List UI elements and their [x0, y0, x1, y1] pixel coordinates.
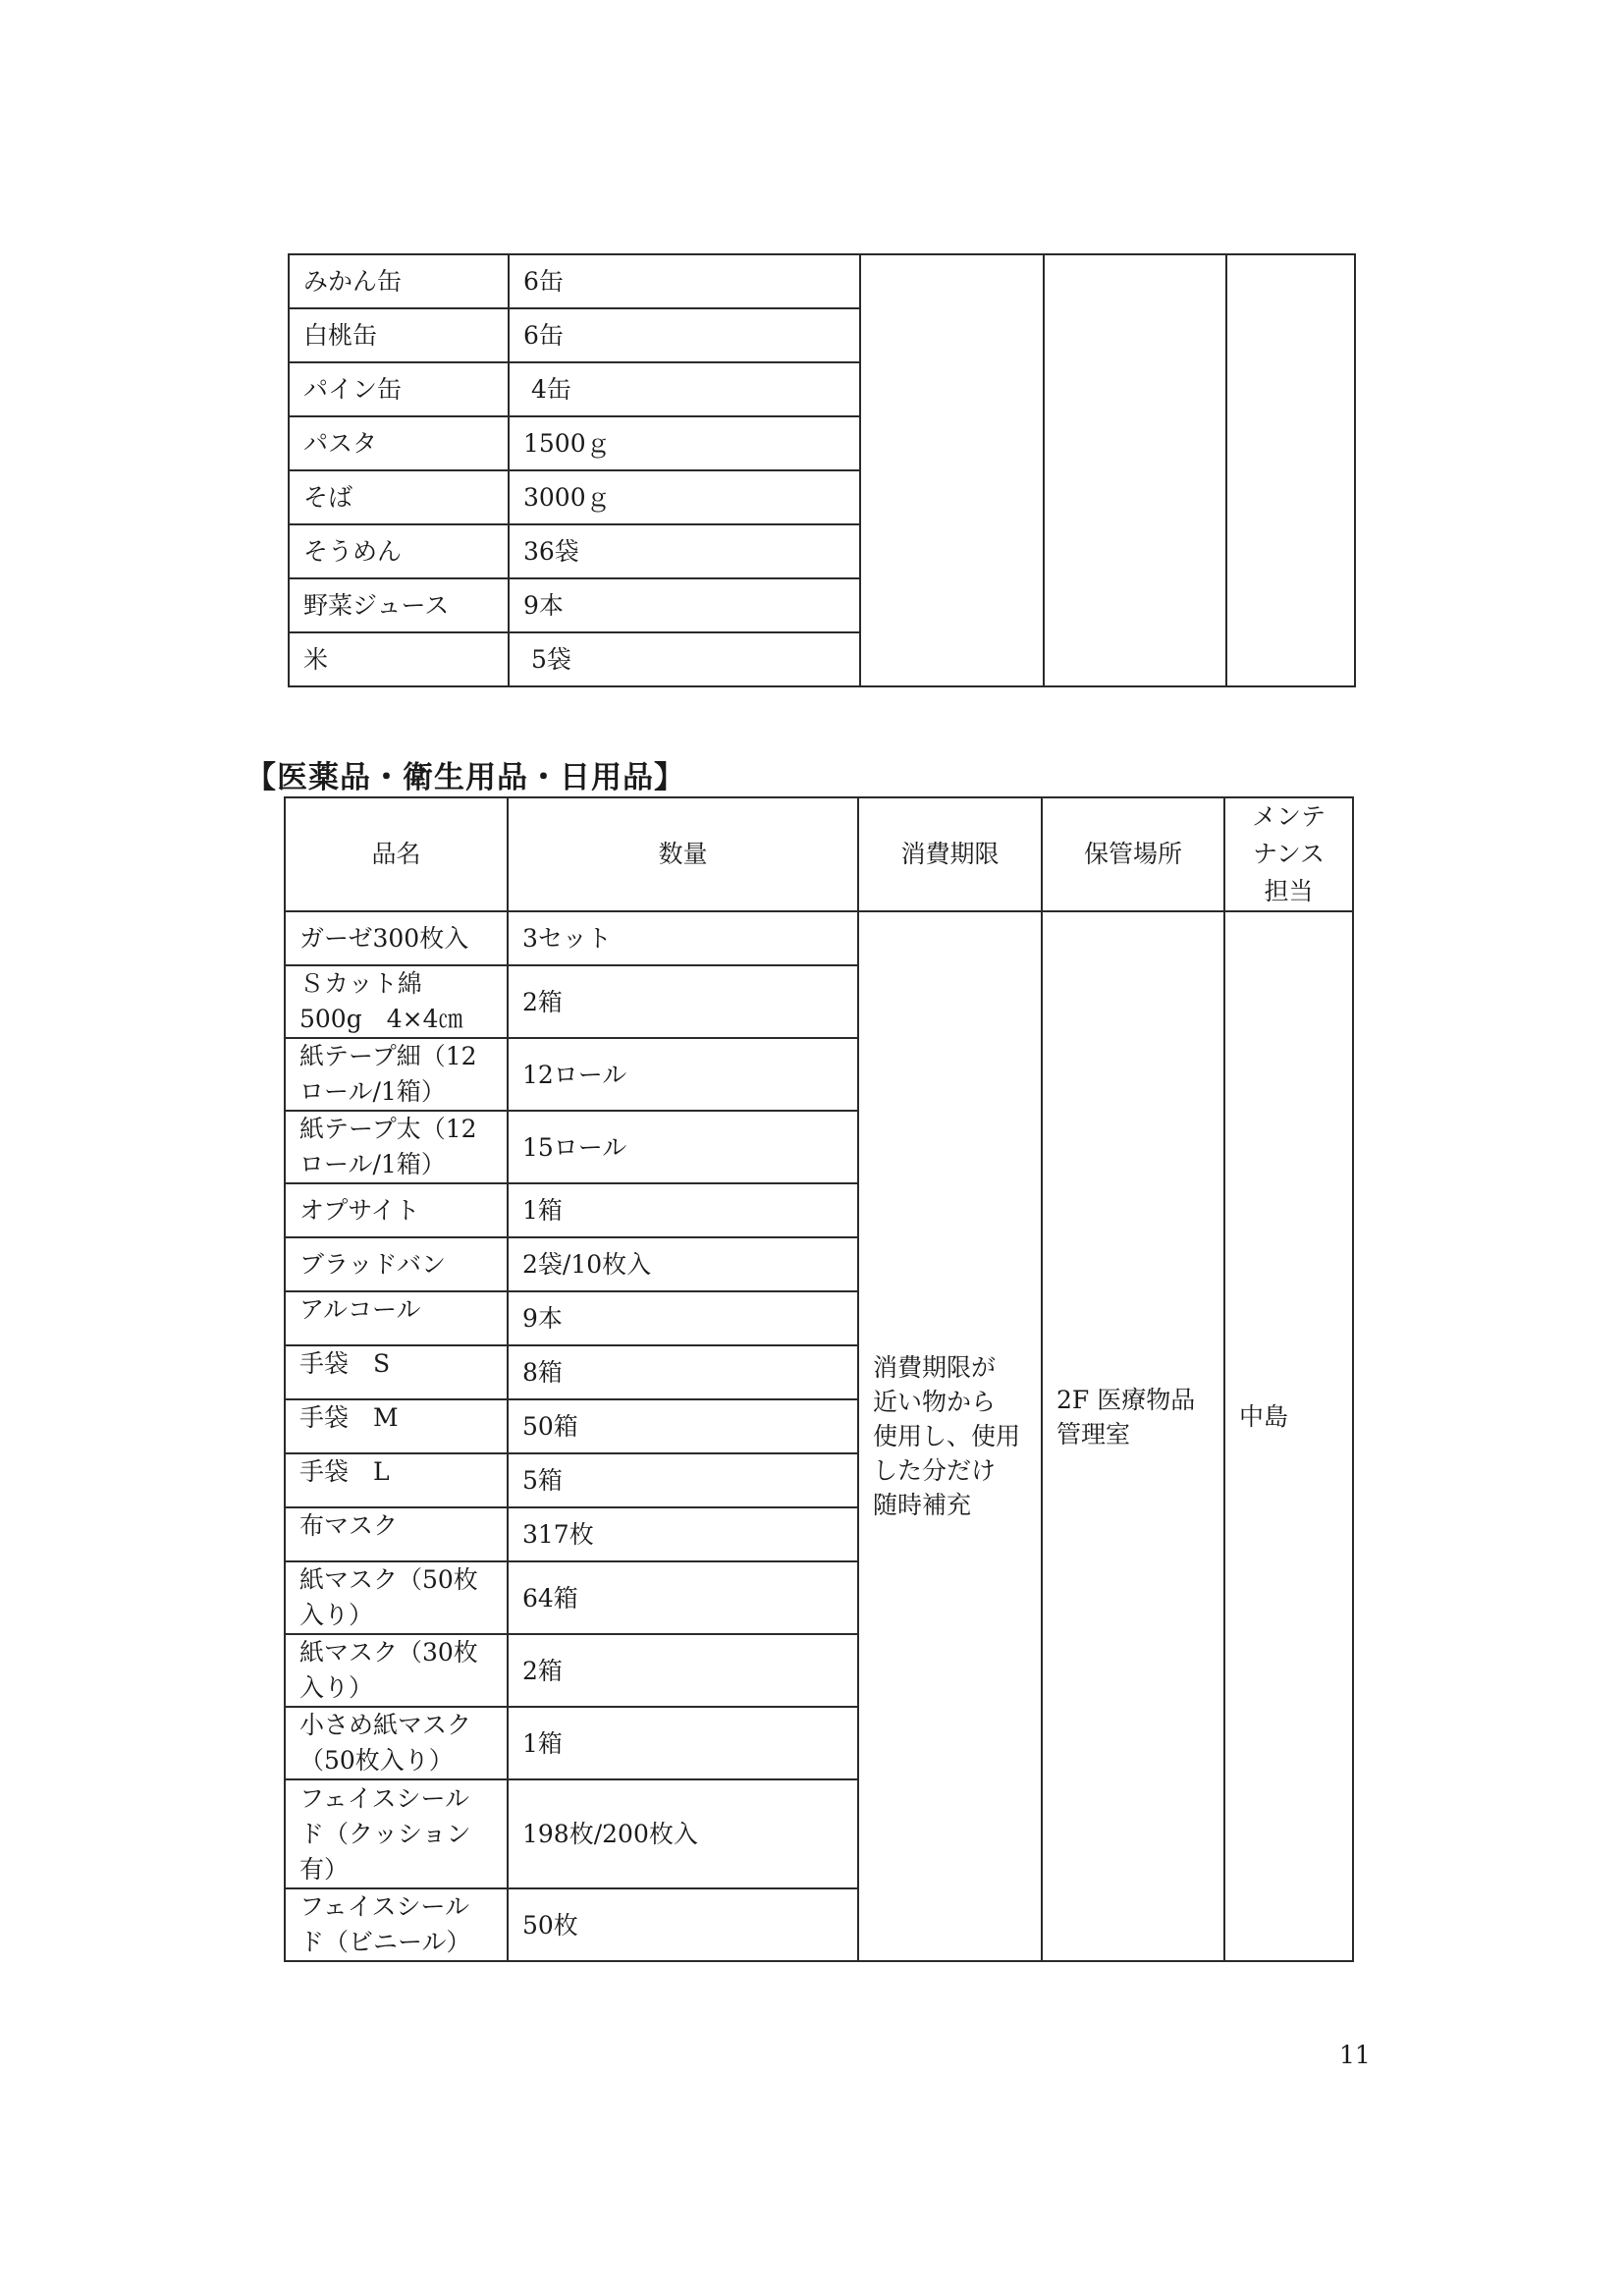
- item-name: 白桃缶: [289, 308, 509, 362]
- item-quantity: 6缶: [509, 254, 860, 308]
- item-quantity: 317枚: [508, 1507, 858, 1561]
- item-quantity: 2袋/10枚入: [508, 1237, 858, 1291]
- item-quantity: 15ロール: [508, 1111, 858, 1183]
- item-quantity: 1箱: [508, 1183, 858, 1237]
- header-item-name: 品名: [285, 797, 508, 911]
- table-row: みかん缶 6缶: [289, 254, 1355, 308]
- storage-location: 2F 医療物品 管理室: [1042, 911, 1224, 1961]
- item-quantity: 1箱: [508, 1707, 858, 1779]
- item-quantity: 2箱: [508, 965, 858, 1038]
- item-name: ブラッドバン: [285, 1237, 508, 1291]
- item-quantity: 9本: [509, 578, 860, 632]
- item-name: 紙テープ細（12 ロール/1箱）: [285, 1038, 508, 1111]
- item-name: 紙マスク（50枚 入り）: [285, 1561, 508, 1634]
- food-stock-table: みかん缶 6缶 白桃缶 6缶 パイン缶 4缶 パスタ 1500ｇ そば 3000…: [288, 253, 1356, 687]
- item-name: みかん缶: [289, 254, 509, 308]
- table-row: ガーゼ300枚入 3セット 消費期限が 近い物から 使用し、使用 した分だけ 随…: [285, 911, 1353, 965]
- item-quantity: 50箱: [508, 1399, 858, 1453]
- item-quantity: 6缶: [509, 308, 860, 362]
- item-name: 紙マスク（30枚 入り）: [285, 1634, 508, 1707]
- header-quantity: 数量: [508, 797, 858, 911]
- item-quantity: 3セット: [508, 911, 858, 965]
- item-quantity: 3000ｇ: [509, 470, 860, 524]
- item-name: Ｓカット綿 500g 4×4㎝: [285, 965, 508, 1038]
- medical-supplies-table: 品名 数量 消費期限 保管場所 メンテ ナンス 担当 ガーゼ300枚入 3セット…: [284, 796, 1354, 1962]
- item-quantity: 5箱: [508, 1453, 858, 1507]
- item-quantity: 5袋: [509, 632, 860, 686]
- item-name: フェイスシール ド（ビニール）: [285, 1888, 508, 1961]
- item-quantity: 198枚/200枚入: [508, 1779, 858, 1888]
- page-number: 11: [1339, 2041, 1371, 2069]
- item-name: 小さめ紙マスク （50枚入り）: [285, 1707, 508, 1779]
- header-maintainer: メンテ ナンス 担当: [1224, 797, 1353, 911]
- item-quantity: 4缶: [509, 362, 860, 416]
- header-expiry: 消費期限: [858, 797, 1042, 911]
- item-name: そうめん: [289, 524, 509, 578]
- item-quantity: 1500ｇ: [509, 416, 860, 470]
- item-name: 手袋 L: [285, 1453, 508, 1507]
- header-location: 保管場所: [1042, 797, 1224, 911]
- item-quantity: 64箱: [508, 1561, 858, 1634]
- item-quantity: 12ロール: [508, 1038, 858, 1111]
- item-name: 手袋 S: [285, 1345, 508, 1399]
- table-header-row: 品名 数量 消費期限 保管場所 メンテ ナンス 担当: [285, 797, 1353, 911]
- item-name: オプサイト: [285, 1183, 508, 1237]
- expiry-note: 消費期限が 近い物から 使用し、使用 した分だけ 随時補充: [858, 911, 1042, 1961]
- section-heading: 【医薬品・衛生用品・日用品】: [245, 752, 685, 796]
- item-name: パイン缶: [289, 362, 509, 416]
- item-name: パスタ: [289, 416, 509, 470]
- item-quantity: 36袋: [509, 524, 860, 578]
- location-cell: [1044, 254, 1226, 686]
- item-name: ガーゼ300枚入: [285, 911, 508, 965]
- item-name: 布マスク: [285, 1507, 508, 1561]
- item-quantity: 50枚: [508, 1888, 858, 1961]
- maintainer-cell: [1226, 254, 1355, 686]
- item-name: アルコール: [285, 1291, 508, 1345]
- item-name: フェイスシール ド（クッション 有）: [285, 1779, 508, 1888]
- item-name: 紙テープ太（12 ロール/1箱）: [285, 1111, 508, 1183]
- item-name: 手袋 M: [285, 1399, 508, 1453]
- item-quantity: 8箱: [508, 1345, 858, 1399]
- item-name: そば: [289, 470, 509, 524]
- item-quantity: 9本: [508, 1291, 858, 1345]
- maintainer-name: 中島: [1224, 911, 1353, 1961]
- expiry-cell: [860, 254, 1044, 686]
- item-name: 野菜ジュース: [289, 578, 509, 632]
- item-name: 米: [289, 632, 509, 686]
- item-quantity: 2箱: [508, 1634, 858, 1707]
